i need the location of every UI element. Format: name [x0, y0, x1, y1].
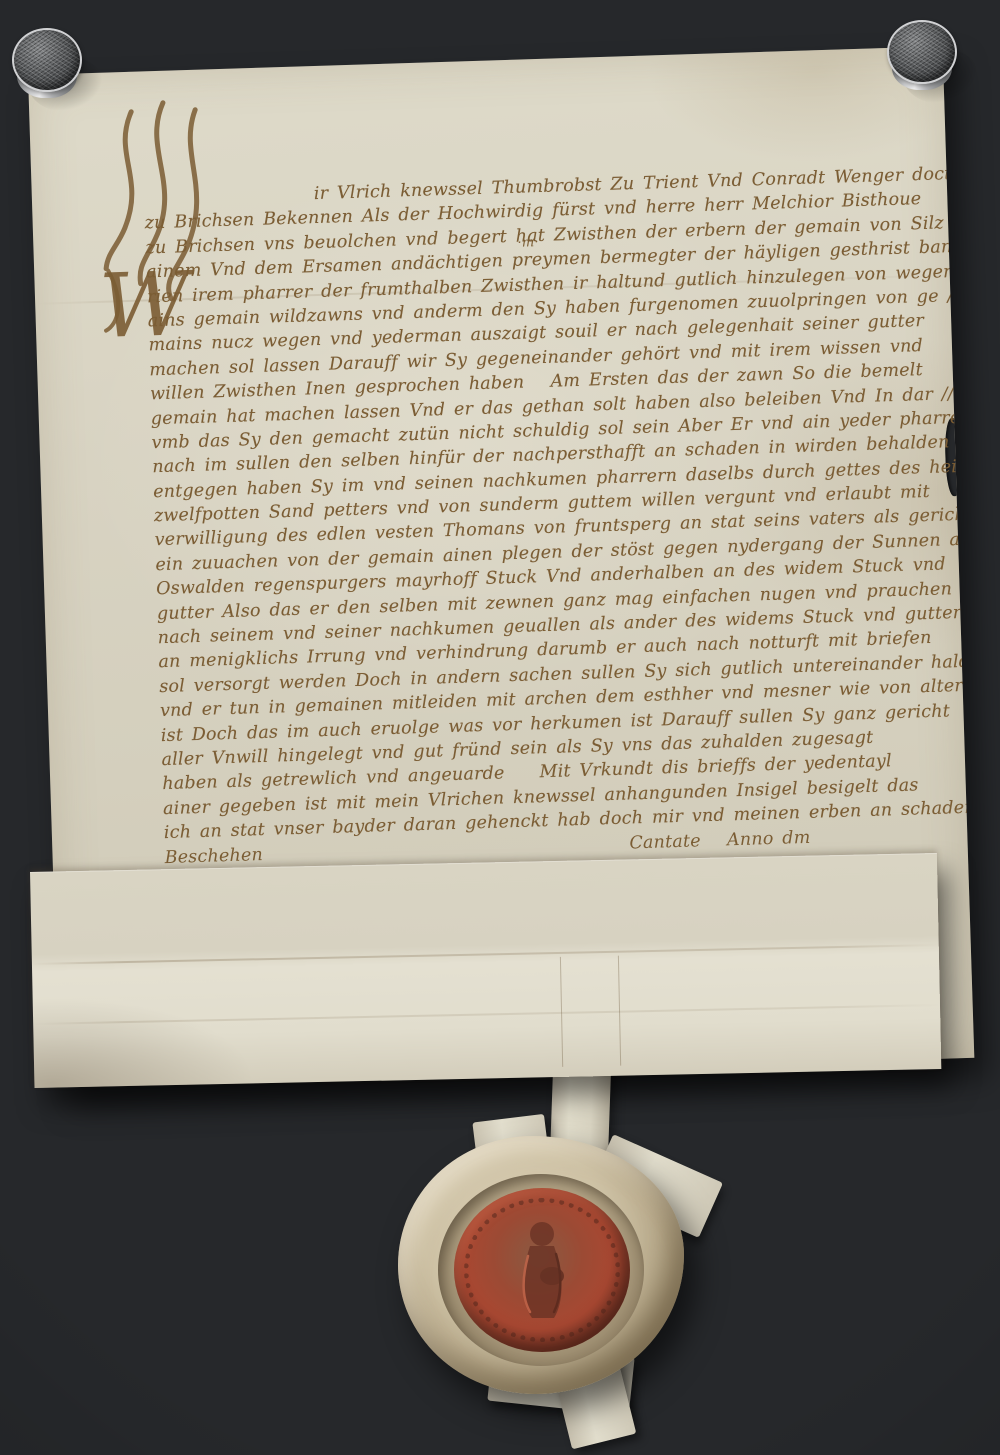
- pin-top-right: [887, 20, 979, 106]
- red-seal-disc: [454, 1188, 630, 1352]
- pin-top-face: [12, 28, 82, 92]
- fold-crease: [33, 1004, 940, 1025]
- wax-seal: [398, 1128, 703, 1428]
- insertion-mark: ·m·: [517, 231, 539, 256]
- plica-fold: [30, 853, 941, 1088]
- pin-top-face: [887, 20, 957, 84]
- manuscript-text: ir Vlrich knewssel Thumbrobst Zu Trient …: [144, 161, 975, 870]
- photo-stage: W ir Vlrich knewssel Thumbrobst Zu Trien…: [0, 0, 1000, 1455]
- last-line-left-fragment: Beschehen: [164, 843, 263, 870]
- fold-crease: [32, 944, 939, 965]
- pin-top-left: [12, 28, 104, 114]
- seal-figure-icon: [492, 1206, 592, 1336]
- last-line-right-fragment: Cantate Anno dm: [629, 825, 811, 855]
